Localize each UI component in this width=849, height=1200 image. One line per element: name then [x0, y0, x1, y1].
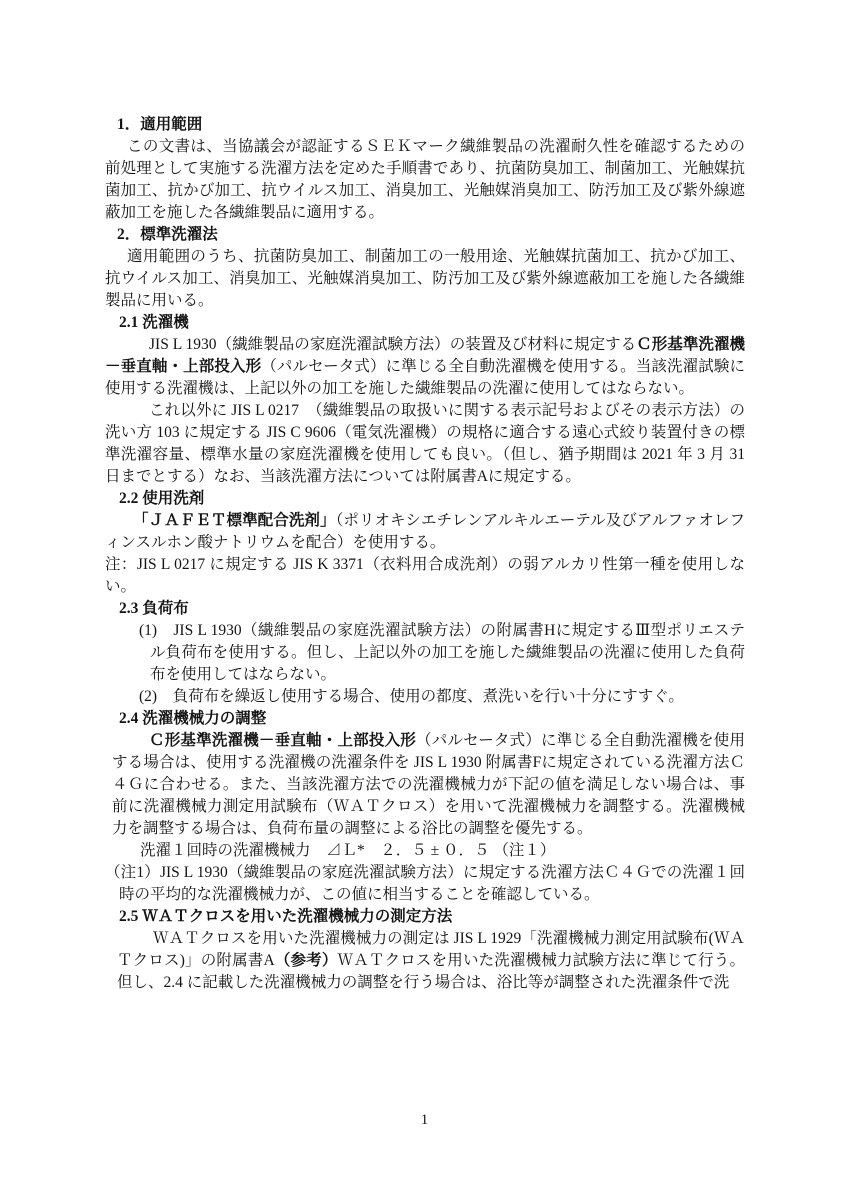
- subsection-detergent: 2.2 使用洗剤 「ＪＡＦＥＴ標準配合洗剤」（ポリオキシエチレンアルキルエーテル…: [105, 488, 745, 598]
- subsection-2-4-paragraph: Ｃ形基準洗濯機－垂直軸・上部投入形（パルセータ式）に準じる全自動洗濯機を使用する…: [105, 730, 745, 840]
- bold-run-reference-annex: （参考）: [275, 952, 338, 969]
- bold-run-reference-washer: Ｃ形基準洗濯機－垂直軸・上部投入形: [149, 732, 416, 749]
- bold-run-jafet-detergent: 「ＪＡＦＥＴ標準配合洗剤」: [133, 512, 336, 529]
- subsection-2-2-paragraph: 「ＪＡＦＥＴ標準配合洗剤」（ポリオキシエチレンアルキルエーテル及びアルファオレフ…: [105, 510, 745, 554]
- section-1-heading: 1．適用範囲: [105, 114, 745, 136]
- section-2-paragraph: 適用範囲のうち、抗菌防臭加工、制菌加工の一般用途、光触媒抗菌加工、抗かび加工、抗…: [105, 246, 745, 312]
- section-scope: 1．適用範囲 この文書は、当協議会が認証するＳＥＫマーク繊維製品の洗濯耐久性を確…: [105, 114, 745, 224]
- subsection-2-3-heading: 2.3 負荷布: [105, 598, 745, 620]
- mechanical-force-formula: 洗濯１回時の洗濯機械力 ⊿Ｌ* ２．５ ± ０．５ （注１）: [105, 840, 745, 862]
- subsection-2-5-heading: 2.5 ＷＡＴクロスを用いた洗濯機械力の測定方法: [105, 906, 745, 928]
- subsection-2-5-paragraph: ＷＡＴクロスを用いた洗濯機械力の測定は JIS L 1929「洗濯機械力測定用試…: [105, 928, 745, 994]
- document-page: 1．適用範囲 この文書は、当協議会が認証するＳＥＫマーク繊維製品の洗濯耐久性を確…: [0, 0, 849, 1200]
- section-standard-washing-method: 2．標準洗濯法 適用範囲のうち、抗菌防臭加工、制菌加工の一般用途、光触媒抗菌加工…: [105, 224, 745, 312]
- section-1-paragraph: この文書は、当協議会が認証するＳＥＫマーク繊維製品の洗濯耐久性を確認するための前…: [105, 136, 745, 224]
- text-run: JIS L 1930（繊維製品の家庭洗濯試験方法）の装置及び材料に規定する: [149, 336, 636, 353]
- subsection-2-4-footnote: （注1）JIS L 1930（繊維製品の家庭洗濯試験方法）に規定する洗濯方法Ｃ４…: [105, 862, 745, 906]
- subsection-mechanical-force-adjustment: 2.4 洗濯機械力の調整 Ｃ形基準洗濯機－垂直軸・上部投入形（パルセータ式）に準…: [105, 708, 745, 906]
- subsection-2-1-paragraph-1: JIS L 1930（繊維製品の家庭洗濯試験方法）の装置及び材料に規定するＣ形基…: [105, 334, 745, 400]
- subsection-2-4-heading: 2.4 洗濯機械力の調整: [105, 708, 745, 730]
- subsection-2-2-heading: 2.2 使用洗剤: [105, 488, 745, 510]
- subsection-load-cloth: 2.3 負荷布 (1) JIS L 1930（繊維製品の家庭洗濯試験方法）の附属…: [105, 598, 745, 708]
- subsection-2-1-paragraph-2: これ以外に JIS L 0217 （繊維製品の取扱いに関する表示記号およびその表…: [105, 400, 745, 488]
- list-item-2: (2) 負荷布を繰返し使用する場合、使用の都度、煮洗いを行い十分にすすぐ。: [105, 686, 745, 708]
- list-item-1: (1) JIS L 1930（繊維製品の家庭洗濯試験方法）の附属書Hに規定するⅢ…: [105, 620, 745, 686]
- document-content: 1．適用範囲 この文書は、当協議会が認証するＳＥＫマーク繊維製品の洗濯耐久性を確…: [105, 114, 745, 994]
- subsection-wat-cloth-measurement: 2.5 ＷＡＴクロスを用いた洗濯機械力の測定方法 ＷＡＴクロスを用いた洗濯機械力…: [105, 906, 745, 994]
- section-2-heading: 2．標準洗濯法: [105, 224, 745, 246]
- subsection-washing-machine: 2.1 洗濯機 JIS L 1930（繊維製品の家庭洗濯試験方法）の装置及び材料…: [105, 312, 745, 488]
- subsection-2-1-heading: 2.1 洗濯機: [105, 312, 745, 334]
- subsection-2-2-note: 注：JIS L 0217 に規定する JIS K 3371（衣料用合成洗剤）の弱…: [105, 554, 745, 598]
- page-number: 1: [0, 1110, 849, 1130]
